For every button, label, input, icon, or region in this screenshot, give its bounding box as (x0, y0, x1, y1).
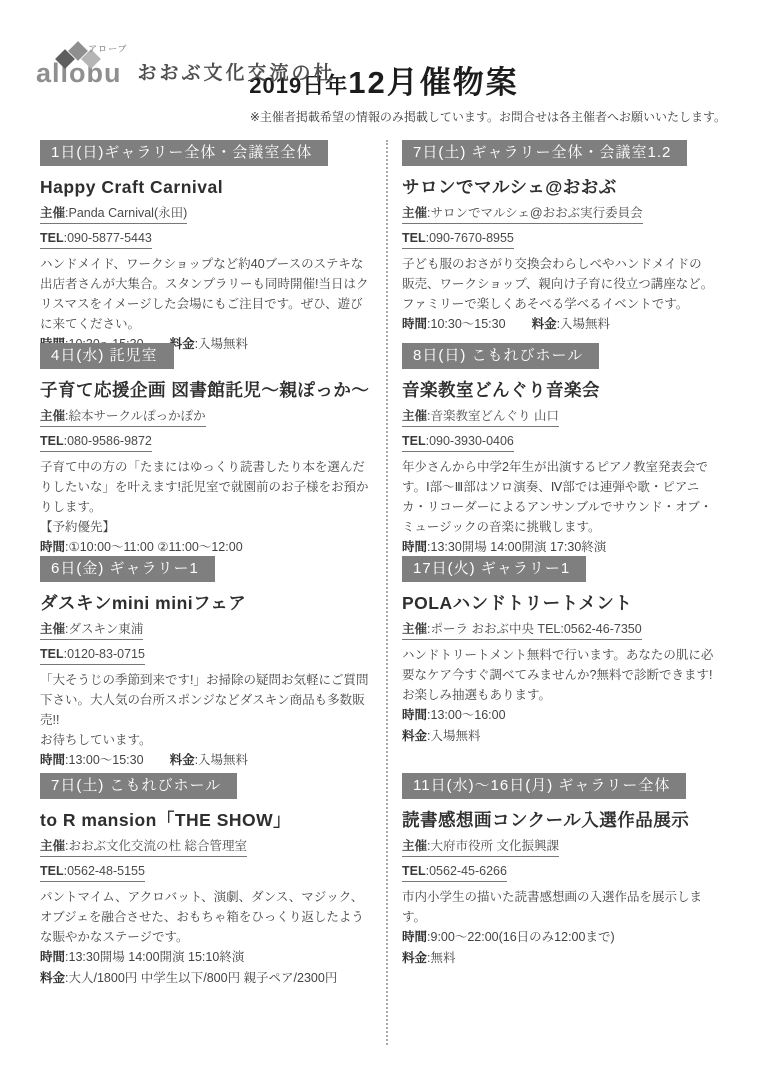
event-info-pair: 時間:13:00〜16:00 (402, 708, 506, 722)
event-description: 子育て中の方の「たまにはゆっくり読書したり本を選んだりしたいな」を叶えます!託児… (40, 457, 372, 537)
event-info-pair: 料金:入場無料 (532, 317, 611, 331)
event-info-row: 時間:13:30開場 14:00開演 15:10終演 (40, 947, 372, 968)
event-meta-line: 主催:大府市役所 文化振興課 (402, 837, 559, 857)
event-info: 時間:13:00〜15:30料金:入場無料 (40, 750, 372, 771)
event-meta-line: TEL:090-5877-5443 (40, 229, 152, 249)
event-info-row: 料金:大人/1800円 中学生以下/800円 親子ペア/2300円 (40, 968, 372, 989)
event-info-pair: 時間:13:00〜15:30 (40, 753, 144, 767)
event-block: 8日(日) こもれびホール 音楽教室どんぐり音楽会 主催:音楽教室どんぐり 山口… (402, 343, 728, 556)
event-title: 子育て応援企画 図書館託児〜親ぽっか〜 (40, 380, 372, 402)
event-meta: 主催:サロンでマルシェ@おおぶ実行委員会TEL:090-7670-8955 (402, 204, 714, 249)
event-date-venue-header: 8日(日) こもれびホール (402, 343, 599, 369)
event-info-row: 時間:13:00〜15:30料金:入場無料 (40, 750, 372, 771)
event-description-line: お楽しみ抽選もあります。 (402, 685, 714, 705)
logo-ruby: アローブ (88, 42, 128, 55)
event-date-venue-header: 7日(土) こもれびホール (40, 773, 237, 799)
event-description-line: 子ども服のおさがり交換会わらしべやハンドメイドの販売、ワークショップ、親向け子育… (402, 254, 714, 314)
event-date-venue-header: 1日(日)ギャラリー全体・会議室全体 (40, 140, 328, 166)
event-description: 市内小学生の描いた読書感想画の入選作品を展示します。 (402, 887, 714, 927)
event-info-row: 料金:無料 (402, 948, 714, 969)
event-title: ダスキンmini miniフェア (40, 593, 372, 615)
event-description-line: 市内小学生の描いた読書感想画の入選作品を展示します。 (402, 887, 714, 927)
event-block: 1日(日)ギャラリー全体・会議室全体 Happy Craft Carnival … (40, 140, 386, 343)
event-title: 音楽教室どんぐり音楽会 (402, 380, 714, 402)
event-meta: 主催:音楽教室どんぐり 山口TEL:090-3930-0406 (402, 407, 714, 452)
event-date-venue-header: 7日(土) ギャラリー全体・会議室1.2 (402, 140, 687, 166)
event-description: 「大そうじの季節到来です!」お掃除の疑問お気軽にご質問下さい。大人気の台所スポン… (40, 670, 372, 750)
event-description: ハンドトリートメント無料で行います。あなたの肌に必要なケア今すぐ調べてみませんか… (402, 645, 714, 705)
event-block: 17日(火) ギャラリー1 POLAハンドトリートメント 主催:ポーラ おおぶ中… (402, 556, 728, 773)
logo-org-name: おおぶ文化交流の杜 (138, 58, 336, 87)
event-description-line: 【予約優先】 (40, 517, 372, 537)
event-info-pair: 時間:13:30開場 14:00開演 17:30終演 (402, 540, 606, 554)
event-title: 読書感想画コンクール入選作品展示 (402, 810, 714, 832)
page-title-month: 12月催物案 (348, 65, 518, 100)
event-meta-line: 主催:サロンでマルシェ@おおぶ実行委員会 (402, 204, 643, 224)
event-description-line: ハンドトリートメント無料で行います。あなたの肌に必要なケア今すぐ調べてみませんか… (402, 645, 714, 685)
event-meta-line: TEL:0562-45-6266 (402, 862, 507, 882)
event-info: 時間:13:00〜16:00料金:入場無料 (402, 705, 714, 748)
event-meta-line: 主催:おおぶ文化交流の杜 総合管理室 (40, 837, 247, 857)
event-description-line: 「大そうじの季節到来です!」お掃除の疑問お気軽にご質問下さい。大人気の台所スポン… (40, 670, 372, 730)
event-description: 子ども服のおさがり交換会わらしべやハンドメイドの販売、ワークショップ、親向け子育… (402, 254, 714, 314)
event-block: 11日(水)〜16日(月) ギャラリー全体 読書感想画コンクール入選作品展示 主… (402, 773, 728, 990)
event-title: to R mansion「THE SHOW」 (40, 810, 372, 832)
event-info-pair: 時間:10:30〜15:30 (402, 317, 506, 331)
event-meta-line: 主催:Panda Carnival(永田) (40, 204, 187, 224)
event-meta-line: 主催:ダスキン東浦 (40, 620, 143, 640)
event-date-venue-header: 11日(水)〜16日(月) ギャラリー全体 (402, 773, 686, 799)
event-meta: 主催:Panda Carnival(永田)TEL:090-5877-5443 (40, 204, 372, 249)
event-description-line: ハンドメイド、ワークショップなど約40ブースのステキな出店者さんが大集合。スタン… (40, 254, 372, 334)
event-meta: 主催:おおぶ文化交流の杜 総合管理室TEL:0562-48-5155 (40, 837, 372, 882)
event-description: パントマイム、アクロバット、演劇、ダンス、マジック、オブジェを融合させた、おもち… (40, 887, 372, 947)
event-info-pair: 時間:9:00〜22:00(16日のみ12:00まで) (402, 930, 615, 944)
event-block: 7日(土) こもれびホール to R mansion「THE SHOW」 主催:… (40, 773, 386, 990)
event-meta: 主催:絵本サークルぽっかぽかTEL:080-9586-9872 (40, 407, 372, 452)
event-info-pair: 料金:無料 (402, 951, 456, 965)
event-info-row: 時間:13:00〜16:00 (402, 705, 714, 726)
event-info: 時間:10:30〜15:30料金:入場無料 (402, 314, 714, 335)
event-description-line: パントマイム、アクロバット、演劇、ダンス、マジック、オブジェを融合させた、おもち… (40, 887, 372, 947)
events-grid: 1日(日)ギャラリー全体・会議室全体 Happy Craft Carnival … (40, 140, 728, 990)
disclaimer-note: ※主催者掲載希望の情報のみ掲載しています。お問合せは各主催者へお願いいたします。 (0, 108, 726, 125)
event-date-venue-header: 6日(金) ギャラリー1 (40, 556, 215, 582)
event-description-line: 子育て中の方の「たまにはゆっくり読書したり本を選んだりしたいな」を叶えます!託児… (40, 457, 372, 517)
event-block: 6日(金) ギャラリー1 ダスキンmini miniフェア 主催:ダスキン東浦T… (40, 556, 386, 773)
event-date-venue-header: 17日(火) ギャラリー1 (402, 556, 586, 582)
event-info-pair: 料金:大人/1800円 中学生以下/800円 親子ペア/2300円 (40, 971, 337, 985)
event-info-pair: 料金:入場無料 (402, 729, 481, 743)
event-description-line: 年少さんから中学2年生が出演するピアノ教室発表会です。Ⅰ部〜Ⅲ部はソロ演奏、Ⅳ部… (402, 457, 714, 537)
event-description-line: お待ちしています。 (40, 730, 372, 750)
event-title: POLAハンドトリートメント (402, 593, 714, 615)
event-title: Happy Craft Carnival (40, 177, 372, 199)
event-date-venue-header: 4日(水) 託児室 (40, 343, 174, 369)
event-meta-line: TEL:090-3930-0406 (402, 432, 514, 452)
event-meta: 主催:大府市役所 文化振興課TEL:0562-45-6266 (402, 837, 714, 882)
event-info-row: 時間:10:30〜15:30料金:入場無料 (402, 314, 714, 335)
event-info: 時間:13:30開場 14:00開演 15:10終演料金:大人/1800円 中学… (40, 947, 372, 990)
event-description: ハンドメイド、ワークショップなど約40ブースのステキな出店者さんが大集合。スタン… (40, 254, 372, 334)
logo: アローブ allobu おおぶ文化交流の杜 (36, 46, 336, 87)
event-info-pair: 時間:①10:00〜11:00 ②11:00〜12:00 (40, 540, 243, 554)
event-info-row: 料金:入場無料 (402, 726, 714, 747)
event-description: 年少さんから中学2年生が出演するピアノ教室発表会です。Ⅰ部〜Ⅲ部はソロ演奏、Ⅳ部… (402, 457, 714, 537)
event-title: サロンでマルシェ@おおぶ (402, 177, 714, 199)
event-meta: 主催:ポーラ おおぶ中央 TEL:0562-46-7350 (402, 620, 714, 640)
event-info-pair: 料金:入場無料 (170, 753, 249, 767)
event-meta-line: 主催:音楽教室どんぐり 山口 (402, 407, 559, 427)
event-block: 4日(水) 託児室 子育て応援企画 図書館託児〜親ぽっか〜 主催:絵本サークルぽ… (40, 343, 386, 556)
event-block: 7日(土) ギャラリー全体・会議室1.2 サロンでマルシェ@おおぶ 主催:サロン… (402, 140, 728, 343)
event-info: 時間:9:00〜22:00(16日のみ12:00まで)料金:無料 (402, 927, 714, 970)
event-meta-line: TEL:0120-83-0715 (40, 645, 145, 665)
logo-brand-wrap: アローブ allobu (36, 46, 122, 87)
event-meta-line: TEL:080-9586-9872 (40, 432, 152, 452)
event-meta-line: 主催:ポーラ おおぶ中央 TEL:0562-46-7350 (402, 620, 642, 640)
event-meta-line: TEL:090-7670-8955 (402, 229, 514, 249)
event-meta-line: 主催:絵本サークルぽっかぽか (40, 407, 206, 427)
event-info-pair: 時間:13:30開場 14:00開演 15:10終演 (40, 950, 244, 964)
event-meta-line: TEL:0562-48-5155 (40, 862, 145, 882)
event-info-row: 時間:9:00〜22:00(16日のみ12:00まで) (402, 927, 714, 948)
event-meta: 主催:ダスキン東浦TEL:0120-83-0715 (40, 620, 372, 665)
